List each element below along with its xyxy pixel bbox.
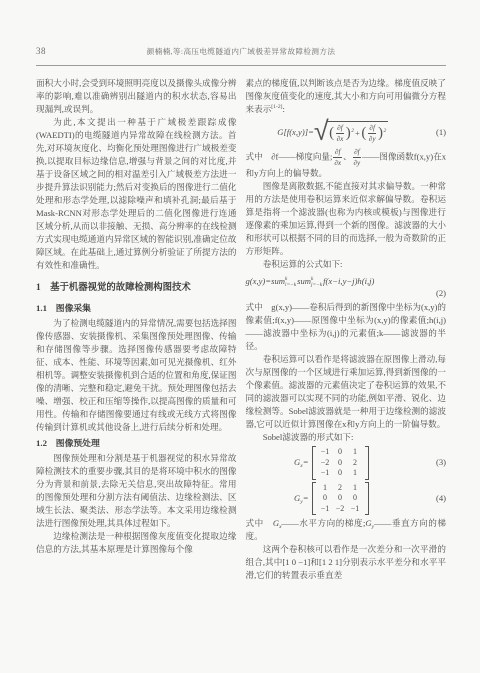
fraction-df-dy: ∂f ∂y: [368, 124, 377, 143]
sum-scripts: ki=−k: [285, 276, 296, 288]
matrix-gy: 121 000 −1−2−1: [312, 482, 369, 516]
sum-operator: sum: [297, 275, 311, 288]
gy-symbol: Gy: [365, 518, 374, 528]
sum-lower: i=−k: [285, 282, 296, 288]
legend-mid: ——水平方向的梯度;: [282, 518, 366, 528]
left-paren: (: [361, 126, 366, 141]
matrix-right-bracket: [365, 446, 369, 480]
paragraph-image-acquisition: 为了检测电缆隧道内的异常情况,需要包括选择图像传感器、安装摄像机、采集图像预处理…: [36, 317, 237, 434]
equation-3-body: Gx= −101 −202 −101: [246, 446, 421, 480]
equation-2-body: g(x,y)= sum ki=−k sum kj=−k f(x−i,y−j)h(…: [246, 275, 447, 288]
matrix-cell: 1: [348, 483, 363, 494]
matrix-cell: −2: [318, 458, 333, 469]
right-column: 素点的梯度值,以判断该点是否为边缘。梯度值反映了图像灰度值变化的速度,其大小和方…: [246, 77, 447, 582]
paragraph-convolution-intro: 图像是离散数据,不能直接对其求偏导数。一种常用的方法是使用卷积运算来近似求解偏导…: [246, 180, 447, 258]
matrix-cell: 2: [333, 483, 348, 494]
inline-fraction-df-dx: ∂f∂x: [333, 148, 342, 167]
paragraph-eq2-legend: 式中 g(x,y)——卷积后得到的新图像中坐标为(x,y)的像素值;f(x,y)…: [246, 301, 447, 353]
matrix-cell: 0: [333, 447, 348, 458]
matrix-right-bracket: [365, 482, 369, 516]
matrix-cell: −1: [318, 447, 333, 458]
equation-2-lhs: g(x,y)=: [246, 275, 272, 288]
equation-1: G[f(x,y)]= √ ( ∂f ∂x ) 2 + (: [246, 120, 447, 144]
citation-marker: [1-2]: [271, 104, 282, 110]
equals-sign: =: [303, 493, 309, 503]
fraction-denominator: ∂x: [334, 158, 341, 167]
equation-3-number: (3): [420, 456, 446, 469]
matrix-cell: −2: [333, 504, 348, 515]
matrix-cell: −1: [348, 504, 363, 515]
paragraph-gradient: 素点的梯度值,以判断该点是否为边缘。梯度值反映了图像灰度值变化的速度,其大小和方…: [246, 77, 447, 116]
equation-1-lhs: G[f(x,y)]=: [277, 126, 314, 139]
paragraph-continuation: 面积大小时,会受到环境照明亮度以及摄像头成像分辨率的影响,难以准确辨别出隧道内的…: [36, 77, 237, 116]
matrix-cells: 121 000 −1−2−1: [316, 482, 365, 516]
equation-1-body: G[f(x,y)]= √ ( ∂f ∂x ) 2 + (: [246, 120, 421, 144]
matrix-cell: 0: [333, 468, 348, 479]
paragraph-formula-lead-in: 卷积运算的公式如下:: [246, 258, 447, 271]
equation-2-number: (2): [246, 288, 447, 299]
gx-symbol: Gx: [273, 518, 282, 528]
gx-symbol: Gx=: [294, 456, 309, 469]
paragraph-sobel-lead-in: Sobel滤波器的形式如下:: [246, 431, 447, 444]
sum-operator: sum: [271, 275, 285, 288]
fraction-numerator: ∂f: [353, 148, 362, 158]
paragraph-edge-detection-start: 边缘检测法是一种根据图像灰度值变化提取边缘信息的方法,其基本原理是计算图像每个像: [36, 530, 237, 556]
equation-3: Gx= −101 −202 −101 (3): [246, 446, 447, 480]
legend-pre: 式中 ∂f——梯度向量;: [246, 152, 333, 162]
matrix-cell: −1: [318, 468, 333, 479]
equation-4-body: Gy= 121 000 −1−2−1: [246, 482, 421, 516]
paragraph-filter-sliding: 卷积运算可以看作是将滤波器在原图像上滑动,每次与原图像的一个区域进行乘加运算,得…: [246, 353, 447, 431]
subsection-1-2-heading: 1.2 图像预处理: [36, 437, 237, 450]
fraction-numerator: ∂f: [336, 124, 345, 134]
matrix-cell: 1: [348, 447, 363, 458]
fraction-numerator: ∂f: [333, 148, 342, 158]
legend-pre: 式中: [246, 518, 273, 528]
sum-lower: j=−k: [311, 282, 322, 288]
matrix-cell: 0: [333, 493, 348, 504]
right-paren: ): [346, 126, 351, 141]
matrix-cell: 0: [333, 458, 348, 469]
fraction-denominator: ∂y: [354, 158, 361, 167]
matrix-cell: 0: [318, 493, 333, 504]
fraction-numerator: ∂f: [368, 124, 377, 134]
two-column-body: 面积大小时,会受到环境照明亮度以及摄像头成像分辨率的影响,难以准确辨别出隧道内的…: [36, 77, 446, 582]
sum-scripts: kj=−k: [311, 276, 322, 288]
running-title: 颜楠楠,等:高压电缆隧道内广域极差异常故障检测方法: [36, 46, 446, 57]
equals-sign: =: [303, 457, 309, 467]
paragraph-preprocessing: 图像预处理和分割是基于机器视觉的积水异常故障检测技术的重要步骤,其目的是将环境中…: [36, 452, 237, 530]
equation-2: g(x,y)= sum ki=−k sum kj=−k f(x−i,y−j)h(…: [246, 275, 447, 299]
subsection-1-1-heading: 1.1 图像采集: [36, 302, 237, 315]
matrix-cells: −101 −202 −101: [316, 446, 365, 480]
separator: 、: [343, 152, 352, 162]
matrix-cell: 0: [348, 493, 363, 504]
paragraph-eq1-legend: 式中 ∂f——梯度向量;∂f∂x、∂f∂y——图像函数f(x,y)在x和y方向上…: [246, 148, 447, 180]
equation-4-number: (4): [420, 492, 446, 505]
fraction-df-dx: ∂f ∂x: [336, 124, 345, 143]
matrix-cell: −1: [318, 504, 333, 515]
gy-symbol: Gy=: [294, 492, 309, 505]
fraction-denominator: ∂y: [369, 134, 376, 143]
right-paren: ): [378, 126, 383, 141]
page-header: 颜楠楠,等:高压电缆隧道内广域极差异常故障检测方法 38: [36, 46, 446, 60]
matrix-cell: 1: [318, 483, 333, 494]
equation-4: Gy= 121 000 −1−2−1 (4): [246, 482, 447, 516]
header-rule: [36, 65, 446, 66]
left-paren: (: [329, 126, 334, 141]
section-1-heading: 1 基于机器视觉的故障检测构图技术: [36, 282, 237, 295]
matrix-cell: 1: [348, 468, 363, 479]
matrix-cell: 2: [348, 458, 363, 469]
plus-sign: +: [355, 127, 360, 140]
equation-2-rhs: f(x−i,y−j)h(i,j): [323, 275, 374, 288]
inline-fraction-df-dy: ∂f∂y: [353, 148, 362, 167]
equation-1-number: (1): [420, 126, 446, 139]
paragraph-eq34-legend: 式中 Gx——水平方向的梯度;Gy——垂直方向的梯度。: [246, 517, 447, 543]
left-column: 面积大小时,会受到环境照明亮度以及摄像头成像分辨率的影响,难以准确辨别出隧道内的…: [36, 77, 237, 582]
paragraph-kernel-decomposition: 这两个卷积核可以看作是一次差分和一次平滑的组合,其中[1 0 −1]和[1 2 …: [246, 543, 447, 582]
radicand: ( ∂f ∂x ) 2 + ( ∂f ∂y: [327, 121, 389, 143]
square-root: √ ( ∂f ∂x ) 2 + ( ∂f: [314, 120, 388, 144]
fraction-denominator: ∂x: [337, 134, 344, 143]
paper-page: 颜楠楠,等:高压电缆隧道内广域极差异常故障检测方法 38 面积大小时,会受到环境…: [0, 0, 480, 582]
matrix-gx: −101 −202 −101: [312, 446, 369, 480]
paragraph-intro-method: 为此,本文提出一种基于广域极差跟踪成像(WAEDTI)的电缆隧道内异常故障在线检…: [36, 116, 237, 272]
colon: :: [282, 104, 284, 114]
